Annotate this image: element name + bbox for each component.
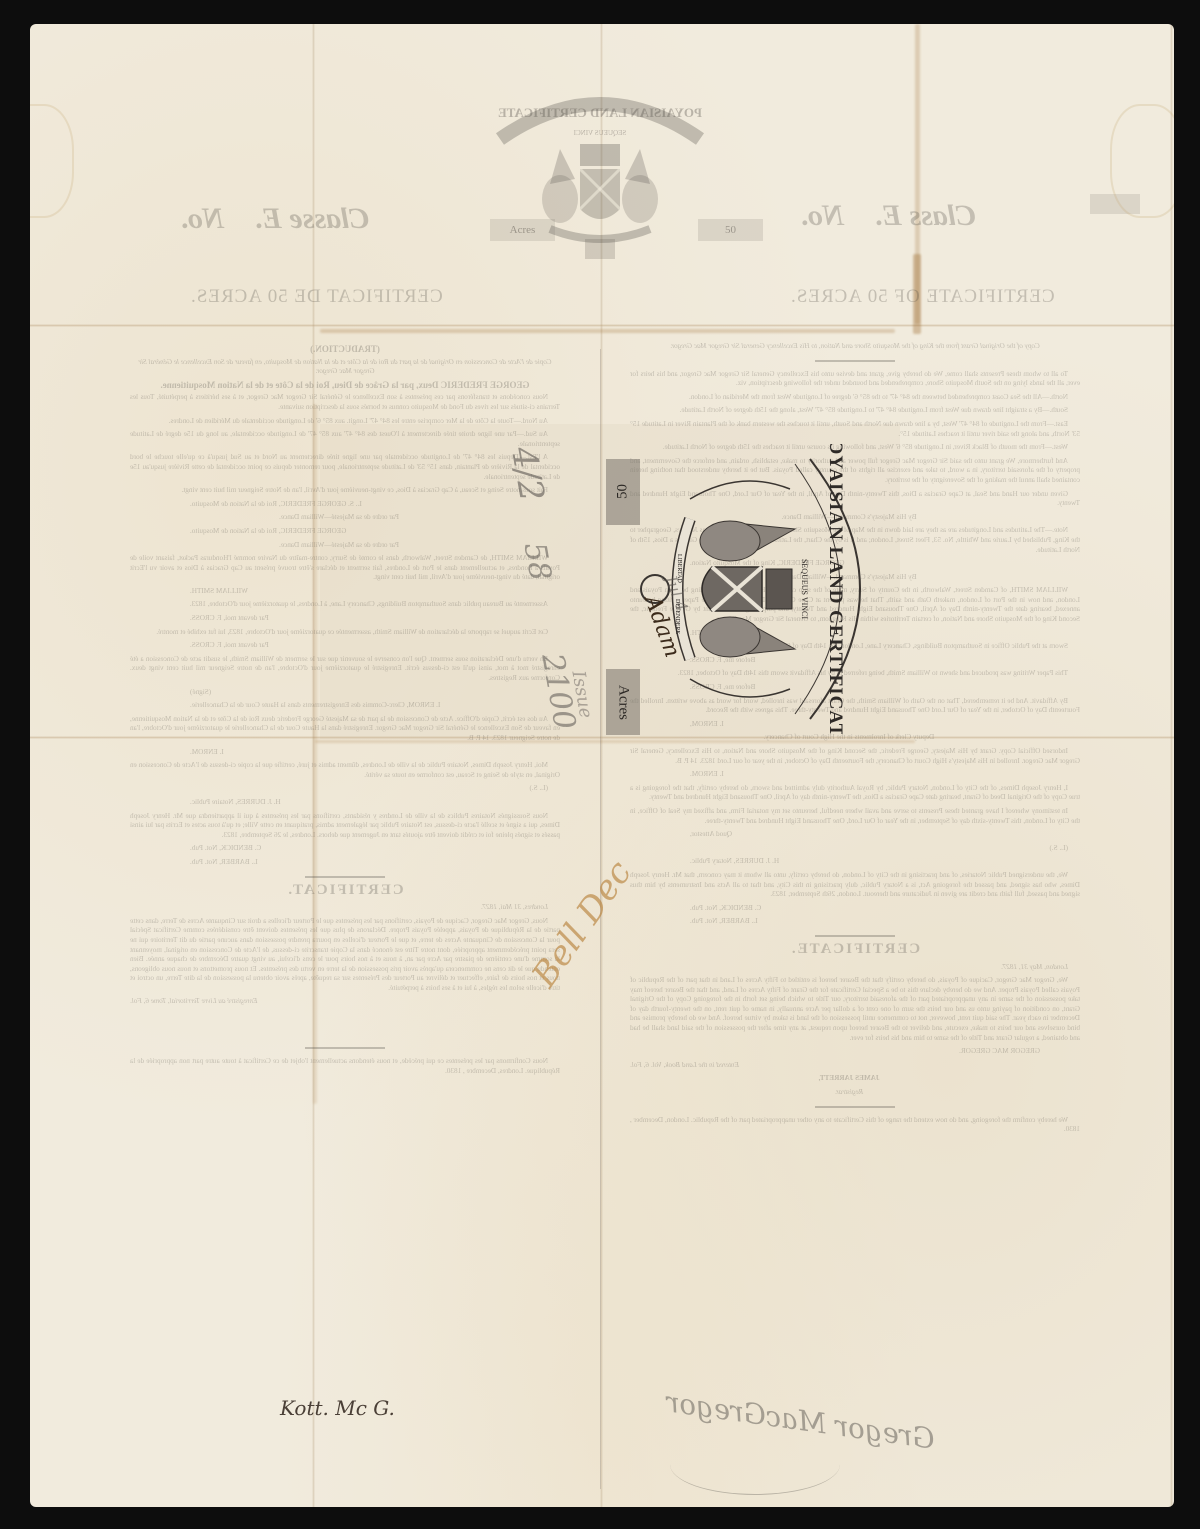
- intro-text: Copy of the Original Grant from the King…: [630, 342, 1080, 352]
- signature-line: GEORGE FREDERIC, Roi de la Nation de Mos…: [130, 527, 560, 537]
- entered-line: Entered in the Land Book, Vol. 6, Fol.: [630, 1061, 1080, 1071]
- registrar-title: Registrar.: [630, 1088, 1080, 1098]
- svg-text:POYAISIAN LAND CERTIFICATE: POYAISIAN LAND CERTIFICATE: [498, 105, 702, 120]
- paragraph: En vertu d'une Déclaration sous serment.…: [130, 655, 560, 684]
- paragraph: Au Sud.—Par une ligne droite tirée direc…: [130, 430, 560, 449]
- paragraph: East.—From the Longitude of 84° 47' West…: [630, 420, 1080, 439]
- signature-line: I. ENROM.: [630, 770, 1080, 780]
- seal-mark: (L. S.): [130, 784, 560, 794]
- certificate-body: We, Gregor Mac Gregor, Cacique of Poyais…: [630, 976, 1080, 1043]
- left-column-french-text: (TRADUCTION.) Copie de l'Acte de Concess…: [130, 342, 560, 1080]
- divider-rule: [815, 935, 895, 937]
- signature-line: (Signé): [130, 688, 560, 698]
- signature-line: C. BENDICK, Not. Pub.: [130, 844, 560, 854]
- divider-rule: [815, 360, 895, 362]
- paragraph: In testimony whereof I have granted thes…: [630, 807, 1080, 826]
- seal-mark: (L. S.): [630, 844, 1080, 854]
- vertical-crease: [1170, 24, 1173, 1507]
- paragraph: Au dos est écrit, Copie d'Office. Acte d…: [130, 715, 560, 744]
- header-left-class: Classe E. No.: [180, 202, 369, 236]
- certificat-title: CERTIFICAT.: [130, 886, 560, 896]
- signature-line: Par devant moi, F. CROSS.: [130, 641, 560, 651]
- class-label: Classe E.: [254, 202, 369, 235]
- paragraph: North.—All the Sea Coast comprehended be…: [630, 393, 1080, 403]
- divider-rule: [815, 1106, 895, 1108]
- intro-text: Copie de l'Acte de Concession en Origina…: [130, 358, 560, 377]
- paragraph: Au Nord.—Toute la Côte de la Mer compris…: [130, 417, 560, 427]
- confirmation-text: Nous Confirmons par les présentes ce qui…: [130, 1057, 560, 1076]
- certificate-paper: Classe E. No. CERTIFICAT DE 50 ACRES. Cl…: [30, 24, 1174, 1507]
- registered-line: Enregistré au Livre Territorial, Tome 6,…: [130, 997, 560, 1007]
- confirmation-text: We hereby confirm the foregoing, and do …: [630, 1116, 1080, 1135]
- paragraph: Nous Soussignés Notaires Publics de la v…: [130, 812, 560, 841]
- signature-line: L. BARBER, Not. Pub.: [130, 858, 560, 868]
- certificate-title: CERTIFICATE.: [630, 945, 1080, 955]
- svg-text:SEQUEUS VINCI: SEQUEUS VINCI: [573, 129, 626, 137]
- handwritten-number-mid: 58: [517, 540, 558, 584]
- coat-of-arms-icon: POYAISIAN LAND CERTIFICATE SEQUEUS VINCI…: [625, 444, 865, 734]
- paragraph: We, the undersigned Public Notaries, of …: [630, 871, 1080, 900]
- signature-line: WILLIAM SMITH.: [130, 587, 560, 597]
- horizontal-crease: [30, 324, 1174, 327]
- header-right-class: Class E. No.: [800, 199, 976, 233]
- top-fifty-box: 50: [698, 219, 763, 241]
- paragraph: Indorsed Official Copy. Grant by His Maj…: [630, 747, 1080, 766]
- class-label: Class E.: [874, 199, 976, 232]
- header-right-subtitle: CERTIFICATE OF 50 ACRES.: [790, 286, 1055, 308]
- traduction-heading: (TRADUCTION.): [130, 345, 560, 355]
- paragraph: Assermenté au Bureau public dans Southam…: [130, 600, 560, 610]
- divider-rule: [305, 876, 385, 878]
- signature-line: I. ENROM, Clerc-Commis des Enregistremen…: [130, 701, 560, 711]
- paragraph: Cet Ecrit auquel se rapporte la déclarat…: [130, 628, 560, 638]
- signature-line: H. J. DURRES, Notary Public.: [630, 857, 1080, 867]
- paragraph: I, Henry Joseph Dimes, of the City of Lo…: [630, 784, 1080, 803]
- signature-line: C. BENDICK, Not. Pub.: [630, 904, 1080, 914]
- signature-line: L. BARBER, Not. Pub.: [630, 917, 1080, 927]
- order-line: Par ordre de sa Majesté—William Dance.: [130, 541, 560, 551]
- deputy-line: Deputy Clerk of Inrolments in the High C…: [630, 733, 1080, 743]
- rust-stain: [320, 329, 895, 333]
- divider-rule: [305, 1047, 385, 1049]
- ghost-emblem-edge: [1110, 104, 1174, 218]
- paragraph: WILLIAM SMITH, de Camden Street, Walwort…: [130, 554, 560, 583]
- center-coat-of-arms-emblem: POYAISIAN LAND CERTIFICATE SEQUEUS VINCI…: [625, 444, 865, 734]
- center-fifty-box: 50: [606, 459, 640, 525]
- number-label: No.: [180, 202, 224, 235]
- paragraph: South.—By a straight line drawn due West…: [630, 406, 1080, 416]
- handwritten-signature-bottom-left: Kott. Mc G.: [280, 1396, 395, 1420]
- signature-flourish: [670, 1434, 840, 1495]
- registrar-name: JAMES JARRETT,: [630, 1074, 1080, 1084]
- paragraph: A l'Est.—Depuis les 84° 47' de Longitude…: [130, 453, 560, 482]
- certificate-date: Londres, 31 Mai, 1827.: [130, 903, 560, 913]
- paragraph: Moi, Henry Joseph Dimes, Notaire Public …: [130, 761, 560, 780]
- order-line: Par ordre de sa Majesté—William Dance.: [130, 513, 560, 523]
- grantor-heading: GEORGE FREDERIC Deux, par la Grâce de Di…: [130, 381, 560, 391]
- certificate-body: Nous, Gregor Mac Gregor, Cacique de Poya…: [130, 917, 560, 994]
- signature-line: GREGOR MAC GREGOR.: [630, 1047, 1080, 1057]
- header-left-subtitle: CERTIFICAT DE 50 ACRES.: [190, 286, 443, 308]
- svg-text:SEQUEUS VINCI: SEQUEUS VINCI: [800, 559, 809, 619]
- number-label: No.: [800, 199, 844, 232]
- certificate-date: London, May 31, 1827.: [630, 963, 1080, 973]
- paragraph: Nous concédons et transférons par ces pr…: [130, 393, 560, 412]
- signature-line: L. S. GEORGE FREDERIC, Roi de la Nation …: [130, 500, 560, 510]
- signature-line: H. J. DURRES, Notaire Public.: [130, 798, 560, 808]
- paragraph: To all to whom these Presents shall come…: [630, 370, 1080, 389]
- ghost-emblem-edge: [30, 104, 74, 218]
- signature-line: Quod Attestor,: [630, 830, 1080, 840]
- signature-line: Par devant moi, F. CROSS.: [130, 614, 560, 624]
- top-acres-box: Acres: [490, 219, 555, 241]
- center-acres-box: Acres: [606, 669, 640, 735]
- center-banner-text: POYAISIAN LAND CERTIFICATE: [825, 444, 846, 734]
- paragraph: Fait sous notre Seing et Sceau, à Cap Gr…: [130, 486, 560, 496]
- signature-line: I. ENROM.: [130, 748, 560, 758]
